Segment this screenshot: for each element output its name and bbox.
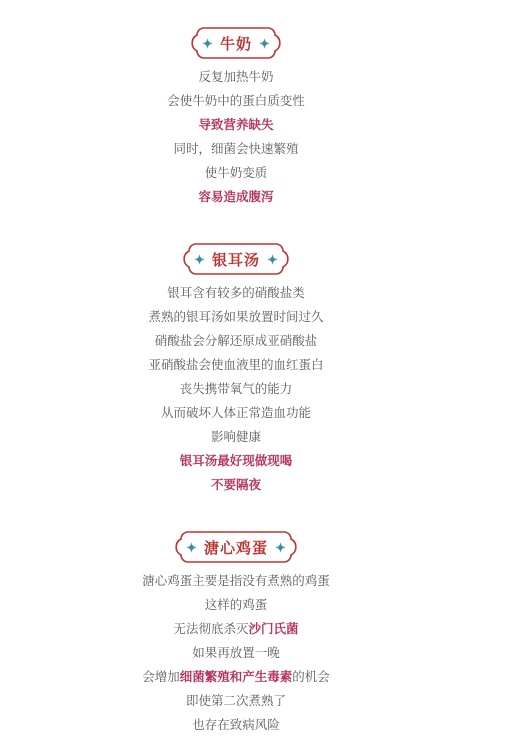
section-title: 银耳汤 [212,249,260,270]
text-segment: 从而破坏人体正常造血功能 [161,406,311,420]
section-title: 牛奶 [220,33,252,54]
text-line: 影响健康 [0,425,472,449]
highlighted-text-segment: 导致营养缺失 [198,118,273,132]
text-segment: 会使牛奶中的蛋白质变性 [167,94,305,108]
article-section: 溏心鸡蛋 溏心鸡蛋主要是指没有煮熟的鸡蛋这样的鸡蛋无法彻底杀灭沙门氏菌如果再放置… [0,531,472,737]
highlighted-text-segment: 银耳汤最好现做现喝 [180,454,293,468]
sparkle-icon [267,254,278,265]
section-title: 溏心鸡蛋 [204,537,268,558]
section-body: 溏心鸡蛋主要是指没有煮熟的鸡蛋这样的鸡蛋无法彻底杀灭沙门氏菌如果再放置一晚会增加… [0,569,472,737]
article-page: 牛奶 反复加热牛奶会使牛奶中的蛋白质变性导致营养缺失同时，细菌会快速繁殖使牛奶变… [0,0,472,737]
text-line: 亚硝酸盐会使血液里的血红蛋白 [0,353,472,377]
sparkle-icon [194,254,205,265]
text-line: 这样的鸡蛋 [0,593,472,617]
text-line: 丧失携带氧气的能力 [0,377,472,401]
text-segment: 银耳含有较多的硝酸盐类 [167,286,305,300]
text-segment: 丧失携带氧气的能力 [180,382,293,396]
text-line: 反复加热牛奶 [0,65,472,89]
highlighted-text-segment: 细菌繁殖和产生毒素 [180,670,293,684]
text-segment: 煮熟的银耳汤如果放置时间过久 [148,310,323,324]
sparkle-icon [202,38,213,49]
text-line: 也存在致病风险 [0,713,472,737]
highlighted-text-segment: 沙门氏菌 [249,622,299,636]
text-segment: 会增加 [142,670,180,684]
text-segment: 的机会 [292,670,330,684]
sparkle-icon [186,542,197,553]
sparkle-icon [259,38,270,49]
text-segment: 同时，细菌会快速繁殖 [173,142,298,156]
text-segment: 溏心鸡蛋主要是指没有煮熟的鸡蛋 [142,574,330,588]
text-line: 会使牛奶中的蛋白质变性 [0,89,472,113]
section-body: 反复加热牛奶会使牛奶中的蛋白质变性导致营养缺失同时，细菌会快速繁殖使牛奶变质容易… [0,65,472,209]
section-badge-row: 银耳汤 [0,243,472,275]
text-segment: 也存在致病风险 [192,718,280,732]
text-segment: 使牛奶变质 [205,166,268,180]
section-badge-row: 溏心鸡蛋 [0,531,472,563]
text-line: 同时，细菌会快速繁殖 [0,137,472,161]
section-title-badge: 溏心鸡蛋 [173,531,299,563]
text-line: 硝酸盐会分解还原成亚硝酸盐 [0,329,472,353]
text-line: 会增加细菌繁殖和产生毒素的机会 [0,665,472,689]
text-line: 容易造成腹泻 [0,185,472,209]
text-line: 煮熟的银耳汤如果放置时间过久 [0,305,472,329]
text-line: 不要隔夜 [0,473,472,497]
text-line: 从而破坏人体正常造血功能 [0,401,472,425]
section-body: 银耳含有较多的硝酸盐类煮熟的银耳汤如果放置时间过久硝酸盐会分解还原成亚硝酸盐亚硝… [0,281,472,497]
text-line: 即使第二次煮熟了 [0,689,472,713]
text-segment: 如果再放置一晚 [192,646,280,660]
text-line: 使牛奶变质 [0,161,472,185]
article-section: 牛奶 反复加热牛奶会使牛奶中的蛋白质变性导致营养缺失同时，细菌会快速繁殖使牛奶变… [0,27,472,209]
text-line: 如果再放置一晚 [0,641,472,665]
section-title-badge: 银耳汤 [181,243,291,275]
text-segment: 影响健康 [211,430,261,444]
text-line: 导致营养缺失 [0,113,472,137]
highlighted-text-segment: 不要隔夜 [211,478,261,492]
text-segment: 反复加热牛奶 [198,70,273,84]
text-segment: 即使第二次煮熟了 [186,694,286,708]
text-line: 溏心鸡蛋主要是指没有煮熟的鸡蛋 [0,569,472,593]
sparkle-icon [275,542,286,553]
text-segment: 无法彻底杀灭 [173,622,248,636]
highlighted-text-segment: 容易造成腹泻 [198,190,273,204]
text-line: 银耳含有较多的硝酸盐类 [0,281,472,305]
article-section: 银耳汤 银耳含有较多的硝酸盐类煮熟的银耳汤如果放置时间过久硝酸盐会分解还原成亚硝… [0,243,472,497]
text-line: 银耳汤最好现做现喝 [0,449,472,473]
text-line: 无法彻底杀灭沙门氏菌 [0,617,472,641]
section-title-badge: 牛奶 [189,27,283,59]
text-segment: 这样的鸡蛋 [205,598,268,612]
text-segment: 硝酸盐会分解还原成亚硝酸盐 [155,334,318,348]
text-segment: 亚硝酸盐会使血液里的血红蛋白 [148,358,323,372]
section-badge-row: 牛奶 [0,27,472,59]
